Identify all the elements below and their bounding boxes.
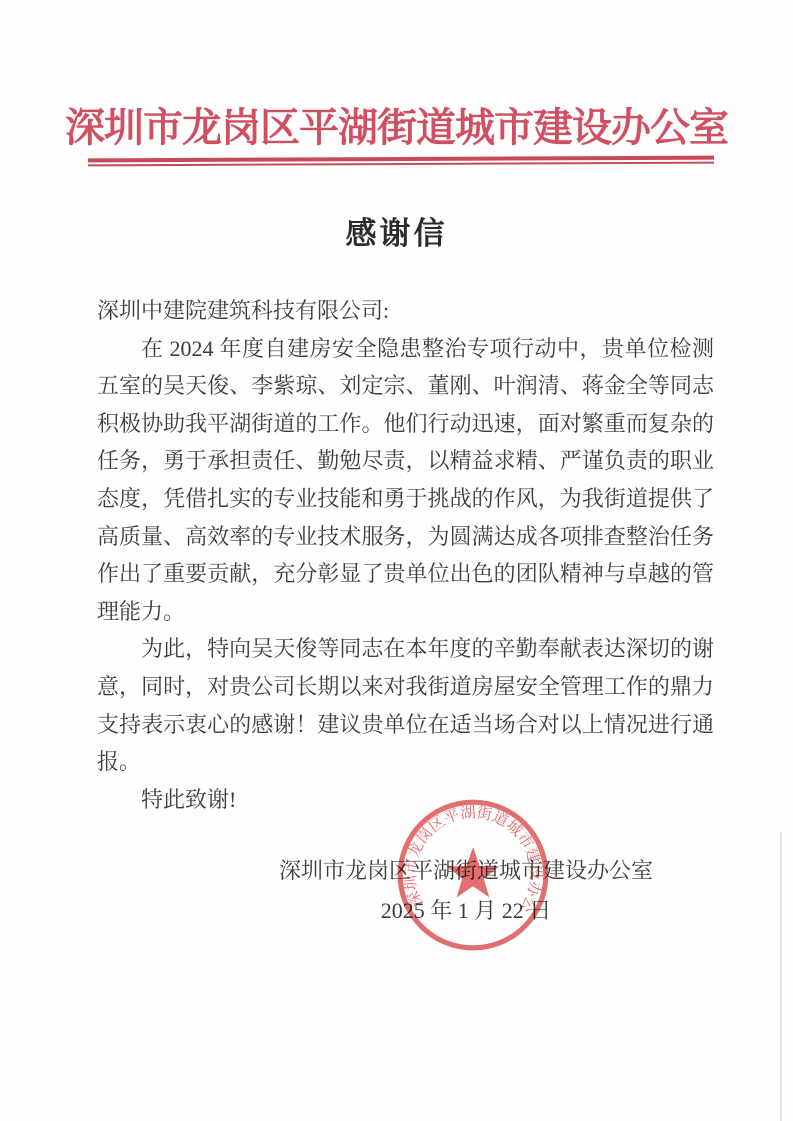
salutation: 深圳中建院建筑科技有限公司: xyxy=(97,292,714,330)
signature-date: 2025 年 1 月 22 日 xyxy=(270,891,662,931)
letterhead-title: 深圳市龙岗区平湖街道城市建设办公室 xyxy=(0,96,793,153)
closing-phrase: 特此致谢! xyxy=(97,781,714,819)
scanned-letter-page: 深圳市龙岗区平湖街道城市建设办公室 感谢信 深圳中建院建筑科技有限公司: 在 2… xyxy=(0,0,793,1121)
scan-edge-artifact xyxy=(780,832,782,1121)
paragraph: 在 2024 年度自建房安全隐患整治专项行动中，贵单位检测五室的吴天俊、李紫琼、… xyxy=(97,330,714,631)
paragraph: 为此，特向吴天俊等同志在本年度的辛勤奉献表达深切的谢意，同时，对贵公司长期以来对… xyxy=(97,630,714,780)
letter-body: 深圳中建院建筑科技有限公司: 在 2024 年度自建房安全隐患整治专项行动中，贵… xyxy=(97,292,714,818)
letterhead-divider xyxy=(88,156,714,168)
signature-block: 深圳市龙岗区平湖街道城市建设办公室 2025 年 1 月 22 日 xyxy=(270,851,662,931)
signature-org: 深圳市龙岗区平湖街道城市建设办公室 xyxy=(270,851,662,891)
letter-title: 感谢信 xyxy=(0,208,793,253)
